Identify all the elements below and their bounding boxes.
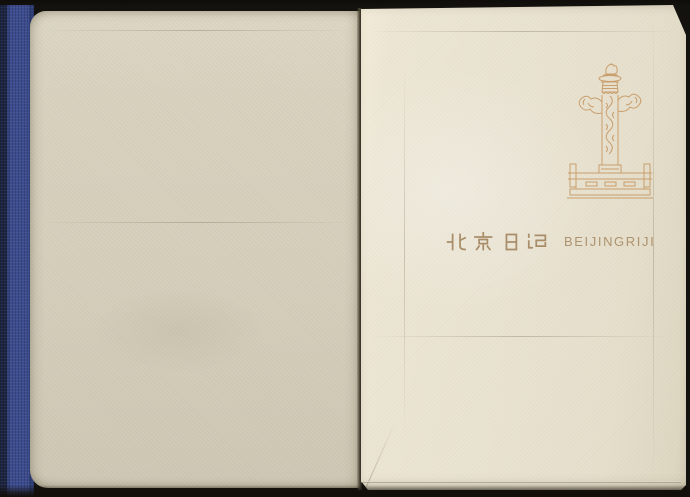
left-endpaper-page xyxy=(30,11,360,488)
book-title-chinese xyxy=(446,232,547,252)
page-stack-edge xyxy=(361,481,681,483)
bottom-edge-shadow xyxy=(0,485,690,497)
huabiao-column-illustration xyxy=(566,61,654,201)
book-title-latin: BEIJINGRIJI xyxy=(564,234,655,249)
book-photo: 北京日记 BEIJINGRIJI xyxy=(0,0,690,497)
top-edge-shadow xyxy=(0,0,690,7)
book-title: 北京日记 BEIJINGRIJI xyxy=(446,231,655,252)
book-cover-spine xyxy=(0,5,34,497)
